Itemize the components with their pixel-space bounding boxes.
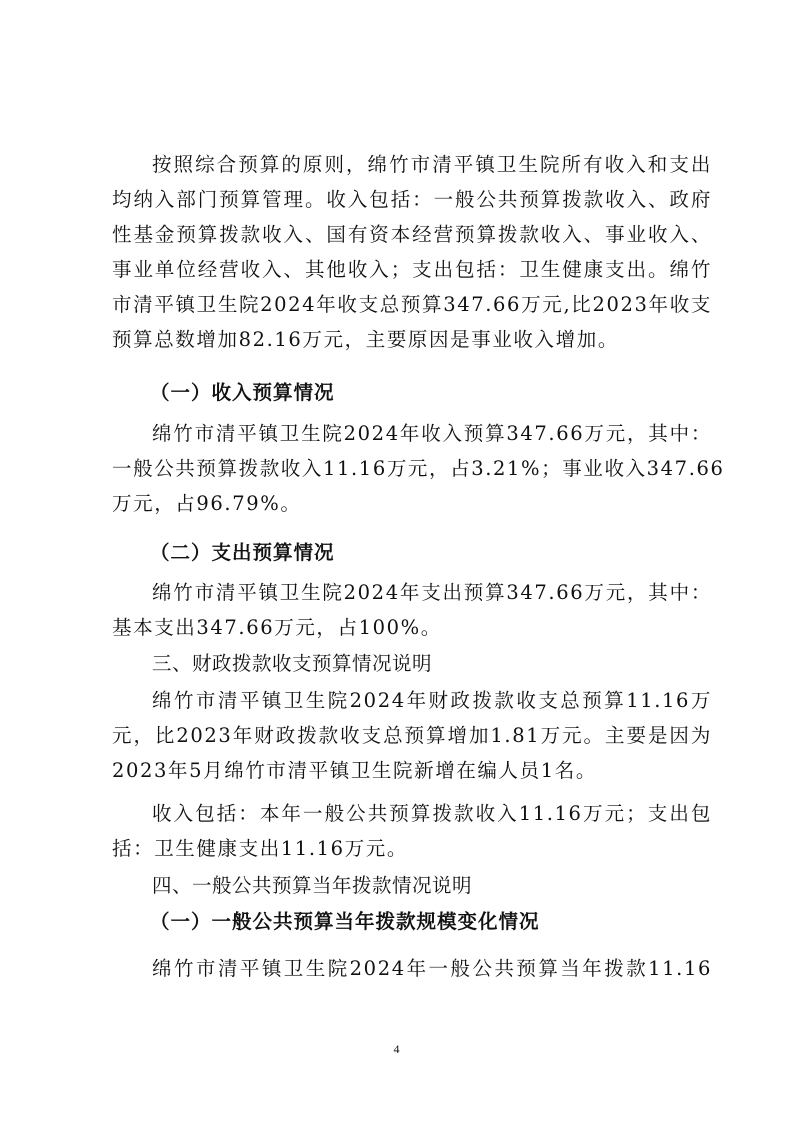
paragraph-line: 预算总数增加82.16万元，主要原因是事业收入增加。 <box>112 328 712 352</box>
section-heading-general-public-budget: 四、一般公共预算当年拨款情况说明 <box>152 874 752 898</box>
paragraph-line: 一般公共预算拨款收入11.16万元，占3.21%；事业收入347.66 <box>112 457 712 481</box>
paragraph-line: 基本支出347.66万元，占100%。 <box>112 616 712 640</box>
section-heading-fiscal-appropriation: 三、财政拨款收支预算情况说明 <box>152 652 752 676</box>
paragraph-line: 绵竹市清平镇卫生院2024年支出预算347.66万元，其中： <box>152 581 712 605</box>
paragraph-line: 均纳入部门预算管理。收入包括：一般公共预算拨款收入、政府 <box>112 188 712 212</box>
paragraph-line: 2023年5月绵竹市清平镇卫生院新增在编人员1名。 <box>112 759 712 783</box>
paragraph-line: 性基金预算拨款收入、国有资本经营预算拨款收入、事业收入、 <box>112 223 712 247</box>
paragraph-line: 市清平镇卫生院2024年收支总预算347.66万元,比2023年收支 <box>112 293 712 317</box>
paragraph-line: 元，比2023年财政拨款收支总预算增加1.81万元。主要是因为 <box>112 724 712 748</box>
paragraph-line: 万元，占96.79%。 <box>112 492 712 516</box>
paragraph-line: 按照综合预算的原则，绵竹市清平镇卫生院所有收入和支出 <box>152 153 712 177</box>
paragraph-line: 括：卫生健康支出11.16万元。 <box>112 837 712 861</box>
page-number: 4 <box>0 1042 793 1057</box>
paragraph-line: 事业单位经营收入、其他收入；支出包括：卫生健康支出。绵竹 <box>112 258 712 282</box>
paragraph-line: 绵竹市清平镇卫生院2024年一般公共预算当年拨款11.16 <box>152 957 712 981</box>
paragraph-line: 收入包括：本年一般公共预算拨款收入11.16万元；支出包 <box>152 802 712 826</box>
section-heading-expense-budget: （二）支出预算情况 <box>150 541 750 565</box>
section-heading-income-budget: （一）收入预算情况 <box>150 381 750 405</box>
paragraph-line: 绵竹市清平镇卫生院2024年收入预算347.66万元，其中： <box>152 422 712 446</box>
subsection-heading-appropriation-scale: （一）一般公共预算当年拨款规模变化情况 <box>150 910 750 934</box>
document-page: 按照综合预算的原则，绵竹市清平镇卫生院所有收入和支出 均纳入部门预算管理。收入包… <box>0 0 793 1122</box>
paragraph-line: 绵竹市清平镇卫生院2024年财政拨款收支总预算11.16万 <box>152 689 712 713</box>
